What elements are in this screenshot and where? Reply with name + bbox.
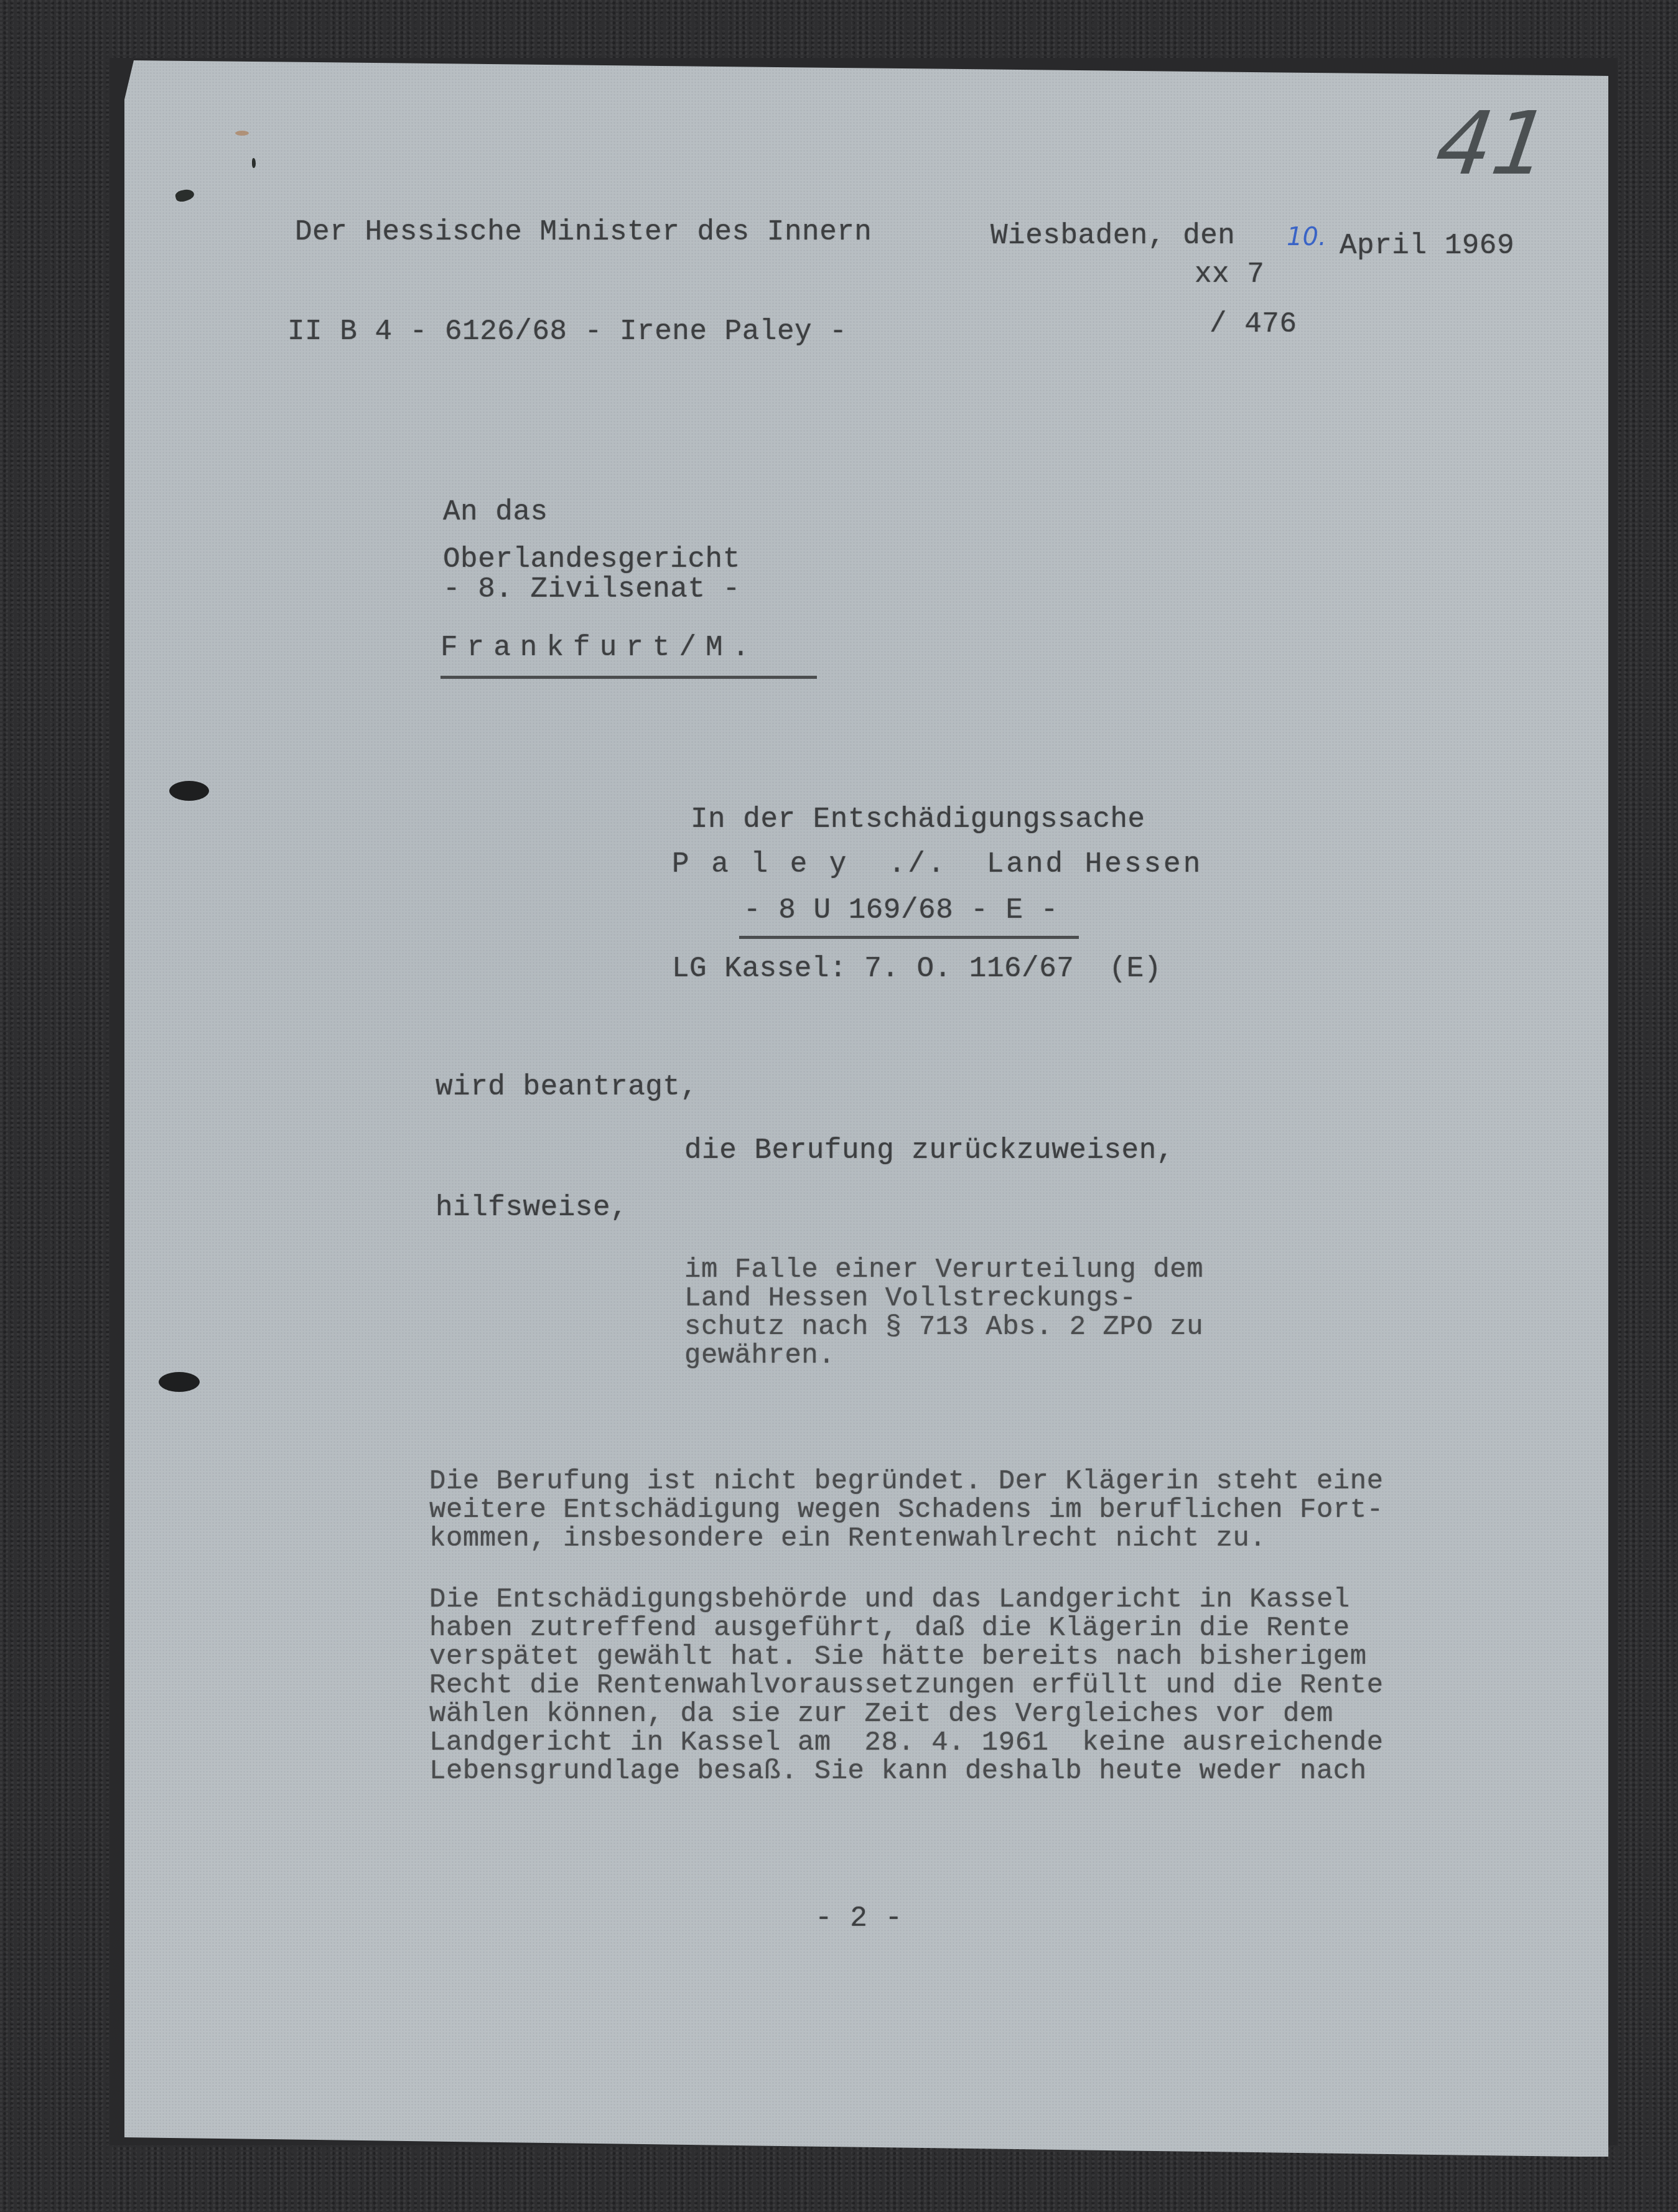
recipient-city: Frankfurt/M. [440,633,758,662]
motion-alternative-line: gewähren. [684,1342,835,1370]
motion-alternative-lead: hilfsweise, [436,1193,628,1222]
motion-lead: wird beantragt, [436,1073,698,1101]
case-number: - 8 U 169/68 - E - [743,896,1058,925]
sender-line: Der Hessische Minister des Innern [295,218,872,246]
body-line: kommen, insbesondere ein Rentenwahlrecht… [429,1524,1266,1553]
body-line: Recht die Rentenwahlvoraussetzungen erfü… [429,1671,1384,1700]
punch-hole-lower [159,1372,200,1392]
recipient-line-2: Oberlandesgericht [443,545,740,574]
case-intro: In der Entschädigungssache [691,805,1145,834]
internal-reference-2: / 476 [1210,310,1297,338]
body-line: wählen können, da sie zur Zeit des Vergl… [429,1700,1333,1729]
body-line: haben zutreffend ausgeführt, daß die Klä… [429,1614,1350,1643]
recipient-city-underline [440,676,817,679]
rust-stain [235,131,249,136]
paper-damage-spot [252,158,256,168]
internal-reference-1: xx 7 [1195,260,1264,289]
motion-alternative-line: Land Hessen Vollstreckungs- [684,1284,1136,1313]
file-reference: II B 4 - 6126/68 - Irene Paley - [287,317,847,346]
body-line: verspätet gewählt hat. Sie hätte bereits… [429,1643,1367,1671]
body-line: Die Berufung ist nicht begründet. Der Kl… [429,1467,1384,1496]
motion-primary: die Berufung zurückzuweisen, [684,1136,1174,1165]
punch-hole-upper [169,781,209,801]
place-date-prefix: Wiesbaden, den [990,222,1235,250]
body-line: Lebensgrundlage besaß. Sie kann deshalb … [429,1757,1367,1786]
body-line: weitere Entschädigung wegen Schadens im … [429,1496,1384,1524]
recipient-line-1: An das [443,498,548,526]
date-day-handwritten: 10. [1287,223,1326,251]
recipient-line-3: - 8. Zivilsenat - [443,575,740,604]
case-parties: P a l e y ./. Land Hessen [672,850,1203,879]
date-month-year: April 1969 [1340,231,1514,260]
body-line: Landgericht in Kassel am 28. 4. 1961 kei… [429,1729,1384,1757]
lower-court-reference: LG Kassel: 7. O. 116/67 (E) [672,954,1162,983]
case-number-underline [739,936,1079,939]
motion-alternative-line: im Falle einer Verurteilung dem [684,1256,1203,1284]
motion-alternative-line: schutz nach § 713 Abs. 2 ZPO zu [684,1313,1203,1342]
folio-number-handwritten: 41 [1430,93,1555,195]
body-line: Die Entschädigungsbehörde und das Landge… [429,1585,1350,1614]
continuation-page-marker: - 2 - [815,1904,903,1933]
